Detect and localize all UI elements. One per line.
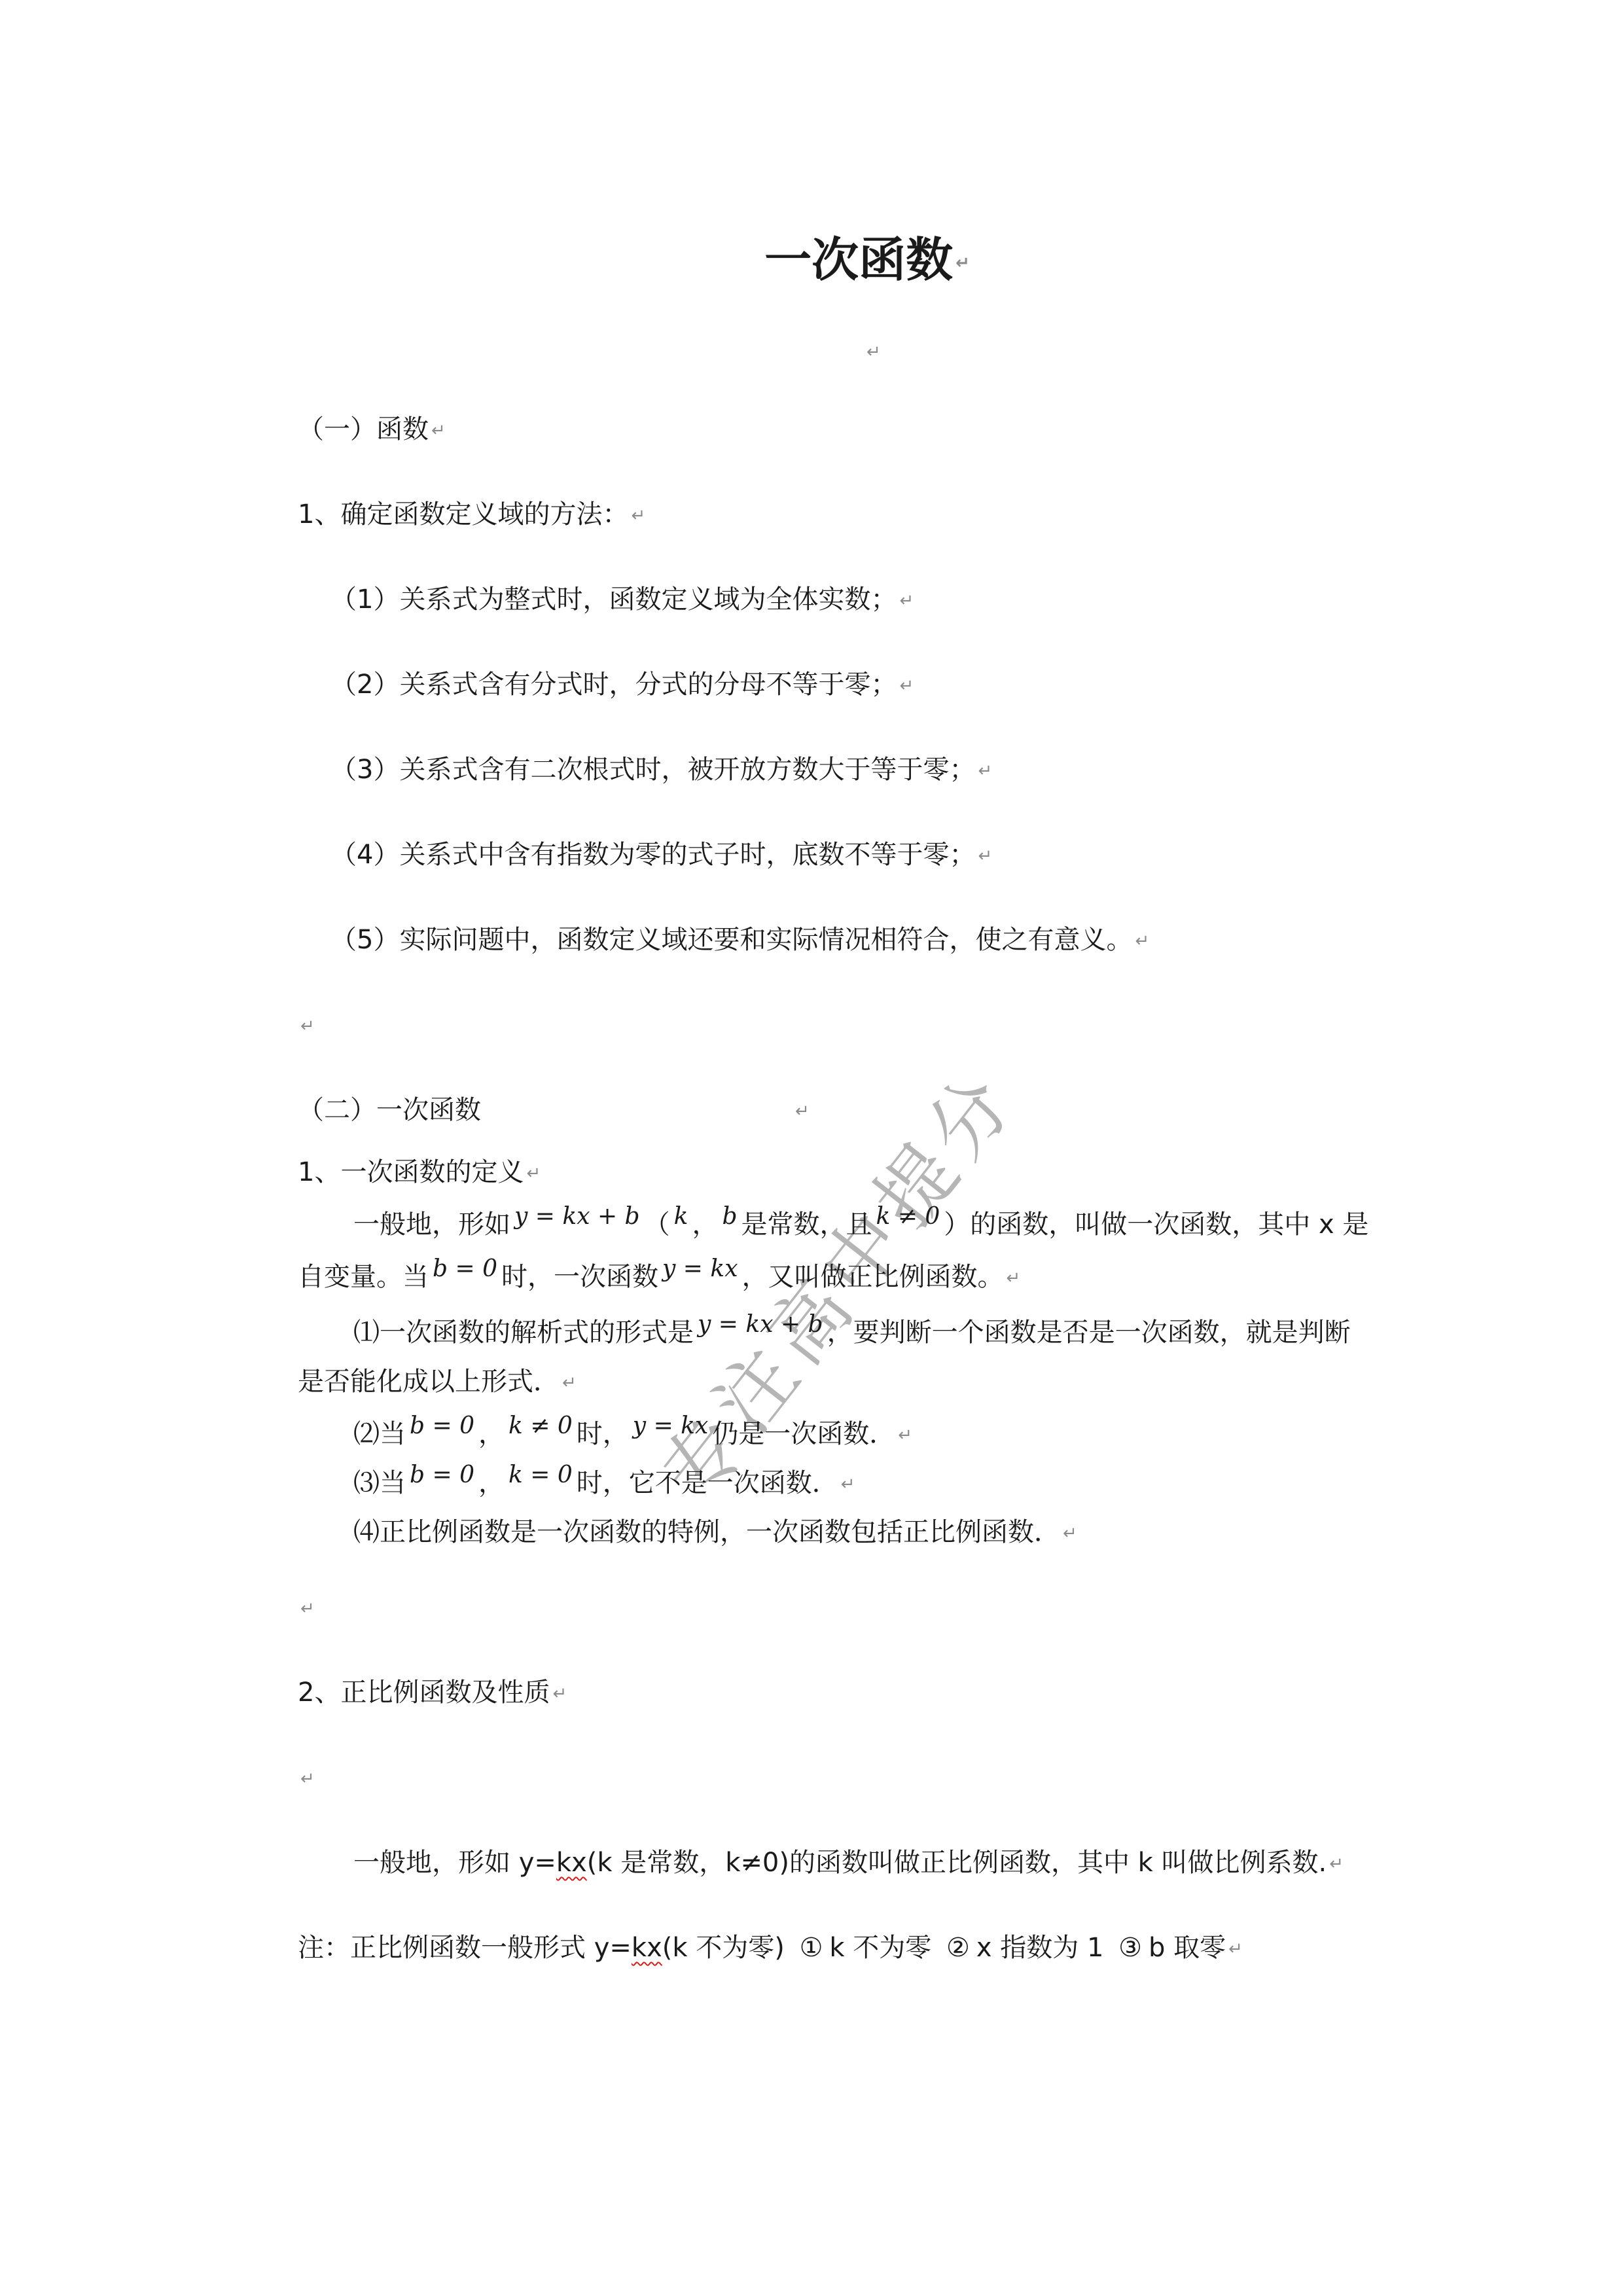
paragraph-mark-icon: ↵ (898, 1426, 912, 1445)
list-item: （5）实际问题中，函数定义域还要和实际情况相符合，使之有意义。↵ (330, 923, 1149, 958)
paragraph-mark-icon: ↵ (300, 1016, 315, 1036)
paragraph-mark-icon: ↵ (1135, 931, 1149, 951)
paragraph-mark-icon: ↵ (795, 1102, 810, 1121)
empty-paragraph: ↵ (298, 1590, 315, 1626)
section-heading-functions: （一）函数↵ (298, 412, 446, 448)
paragraph-mark-icon: ↵ (1007, 1268, 1021, 1288)
definition-line-2: 自变量。当b = 0时，一次函数y = kx，又叫做正比例函数。↵ (298, 1260, 1020, 1295)
paragraph-mark-icon: ↵ (1063, 1524, 1077, 1543)
title-text: 一次函数 (764, 232, 953, 287)
spellcheck-underline: kx (556, 1848, 587, 1878)
note-4: ⑷正比例函数是一次函数的特例，一次函数包括正比例函数．↵ (353, 1515, 1077, 1551)
paragraph-mark-icon: ↵ (955, 253, 970, 273)
page-title: 一次函数↵ (0, 232, 1623, 291)
proportional-definition: 一般地，形如 y=kx(k 是常数，k≠0)的函数叫做正比例函数，其中 k 叫做… (353, 1846, 1344, 1881)
paragraph-mark-icon: ↵ (1329, 1854, 1344, 1874)
note-1: ⑴一次函数的解析式的形式是y = kx + b，要判断一个函数是否是一次函数，就… (353, 1316, 1351, 1351)
paragraph-mark-icon: ↵ (631, 506, 645, 526)
list-item: （4）关系式中含有指数为零的式子时，底数不等于零；↵ (330, 838, 992, 873)
definition-line-1: 一般地，形如y = kx + b（k，b是常数，且k ≠ 0）的函数，叫做一次函… (353, 1208, 1368, 1243)
section-heading-linear-function: （二）一次函数↵ (298, 1093, 810, 1128)
paragraph-mark-icon: ↵ (866, 342, 881, 362)
circled-one: ① (800, 1933, 823, 1963)
paragraph-mark-icon: ↵ (841, 1475, 855, 1494)
list-item: （1）关系式为整式时，函数定义域为全体实数；↵ (330, 583, 914, 618)
note-1-cont: 是否能化成以上形式．↵ (298, 1365, 577, 1400)
paragraph-mark-icon: ↵ (552, 1684, 567, 1704)
paragraph-mark-icon: ↵ (562, 1373, 577, 1393)
paragraph-mark-icon: ↵ (300, 1599, 315, 1619)
spellcheck-underline: kx (632, 1933, 662, 1963)
paragraph-mark-icon: ↵ (899, 676, 914, 696)
empty-paragraph: ↵ (298, 1761, 315, 1796)
paragraph-mark-icon: ↵ (978, 846, 992, 866)
paragraph-mark-icon: ↵ (978, 761, 992, 781)
empty-paragraph: ↵ (298, 1008, 315, 1043)
note-3: ⑶当b = 0，k = 0时，它不是一次函数．↵ (353, 1466, 855, 1501)
circled-three: ③ (1118, 1933, 1142, 1963)
note-2: ⑵当b = 0，k ≠ 0时，y = kx仍是一次函数．↵ (353, 1417, 912, 1452)
subheading-definition: 1、一次函数的定义↵ (298, 1155, 541, 1191)
paragraph-mark-icon: ↵ (1228, 1939, 1243, 1959)
paragraph-mark-icon: ↵ (300, 1769, 315, 1789)
paragraph-mark-icon: ↵ (899, 591, 914, 611)
list-item: （3）关系式含有二次根式时，被开放方数大于等于零；↵ (330, 753, 992, 788)
list-item: （2）关系式含有分式时，分式的分母不等于零；↵ (330, 668, 914, 703)
proportional-note: 注：正比例函数一般形式 y=kx(k 不为零) ①k 不为零 ②x 指数为 1 … (298, 1931, 1243, 1966)
formula: y = kx + b (514, 1203, 640, 1230)
subheading-domain-methods: 1、确定函数定义域的方法：↵ (298, 497, 645, 533)
paragraph-mark-icon: ↵ (431, 421, 446, 440)
paragraph-mark-icon: ↵ (526, 1164, 541, 1183)
circled-two: ② (946, 1933, 970, 1963)
subheading-proportional: 2、正比例函数及性质↵ (298, 1676, 567, 1711)
empty-paragraph: ↵ (864, 334, 881, 369)
